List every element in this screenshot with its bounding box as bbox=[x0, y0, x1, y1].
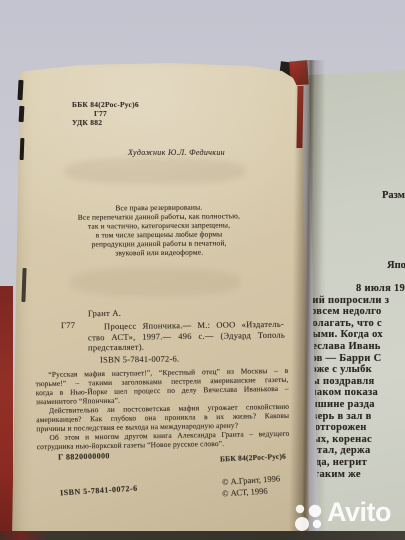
body-line: в отгорожен bbox=[306, 422, 405, 434]
annotation: “Русская мафия наступает!”, “Крестный от… bbox=[35, 366, 289, 451]
page-showthrough bbox=[65, 158, 245, 184]
copyright-author: © А.Грант, 1996 bbox=[222, 473, 281, 487]
page-edge-mark bbox=[17, 80, 23, 100]
bbk-block: ББК 84(2Рос-Рус)6 Г77 УДК 882 bbox=[72, 100, 139, 127]
body-line: ных, коренас bbox=[306, 434, 405, 446]
page-showthrough bbox=[70, 268, 240, 296]
body-line: дверь в зал в bbox=[306, 411, 405, 423]
cataloging-line: ство АСТ», 1997.— 496 с.— (Эдуард Тополь bbox=[88, 330, 285, 343]
right-page-heading: Разм bbox=[382, 190, 405, 201]
left-page: ББК 84(2Рос-Рус)6 Г77 УДК 882 Художник Ю… bbox=[10, 60, 312, 540]
artist-credit: Художник Ю.Л. Федичкин bbox=[128, 148, 225, 157]
copyright-publisher: © АСТ, 1996 bbox=[222, 486, 268, 499]
cataloging-line: представляет). bbox=[88, 342, 144, 353]
book-photo: ББК 84(2Рос-Рус)6 Г77 УДК 882 Художник Ю… bbox=[0, 0, 405, 540]
avito-logo-icon bbox=[289, 492, 325, 532]
avito-wordmark: Avito bbox=[327, 497, 391, 528]
footer-isbn: ISBN 5-7841-0072-6 bbox=[60, 484, 138, 498]
cataloging-code: Г77 bbox=[61, 320, 75, 330]
udk-line: УДК 882 bbox=[72, 118, 139, 127]
body-line: знаком показа bbox=[306, 387, 405, 399]
body-line: с таким же bbox=[306, 469, 405, 481]
body-line: встал, держа bbox=[306, 445, 405, 457]
rights-notice: Все права резервированы. Все перепечатки… bbox=[38, 202, 280, 258]
body-line: тишине разда bbox=[306, 399, 405, 411]
cataloging-author: Грант А. bbox=[88, 308, 121, 318]
bbk-line: ББК 84(2Рос-Рус)6 bbox=[72, 100, 139, 109]
bbk-code-line: Г77 bbox=[72, 109, 139, 118]
body-line: суда, негрит bbox=[306, 457, 405, 469]
right-page-subheading: Япо bbox=[387, 260, 405, 271]
book-cover-edge-left bbox=[0, 286, 13, 534]
page-edge-mark bbox=[20, 138, 25, 160]
cataloging-isbn: ISBN 5-7841-0072-6. bbox=[100, 353, 179, 364]
table-edge-shadow bbox=[0, 531, 405, 540]
footer-bbk: ББК 84(2Рос-Рус)6 bbox=[220, 452, 286, 464]
avito-watermark: Avito bbox=[289, 492, 391, 532]
print-run-code: Г 8820000000 bbox=[58, 451, 110, 461]
rights-line: звуковой или видеоформе. bbox=[38, 247, 280, 258]
page-edge-mark bbox=[19, 106, 25, 122]
